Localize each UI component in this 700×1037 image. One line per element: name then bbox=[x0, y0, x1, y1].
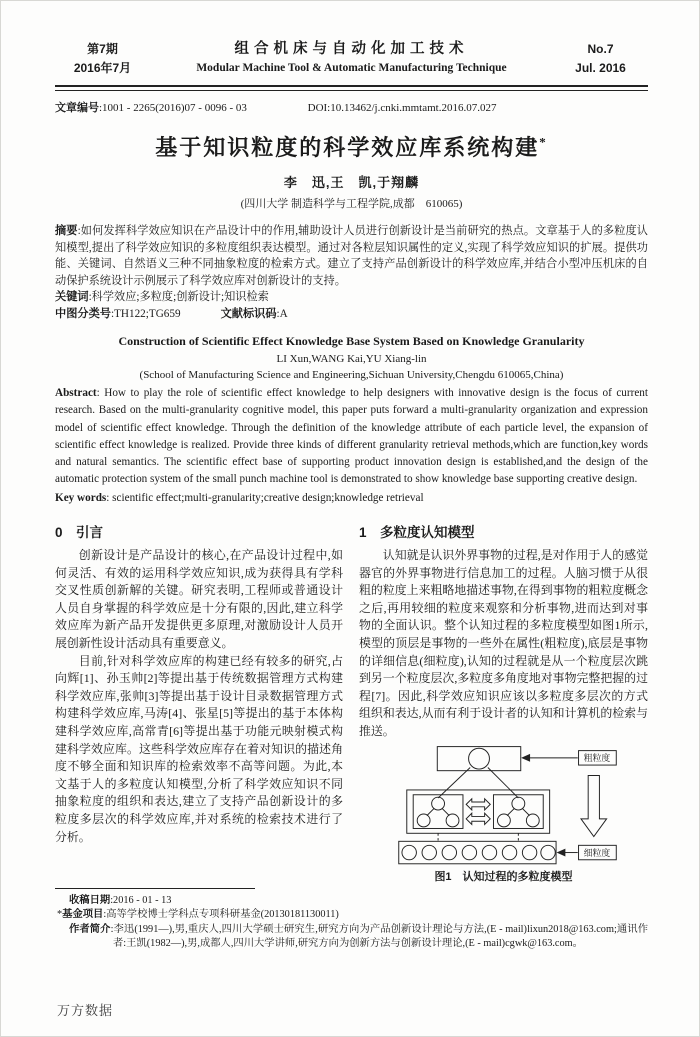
header-date-cn: 2016年7月 bbox=[55, 59, 150, 78]
footnote: 收稿日期:2016 - 01 - 13 *基金项目:高等学校博士学科点专项科研基… bbox=[55, 888, 648, 952]
fine-granularity-label: 细粒度 bbox=[584, 846, 611, 857]
header-left: 第7期 2016年7月 bbox=[55, 40, 150, 78]
header-issue-en: No.7 bbox=[553, 40, 648, 59]
authors: 李 迅,王 凯,于翔麟 bbox=[55, 172, 648, 191]
multi-granularity-diagram: 粗粒度 细粒度 bbox=[359, 745, 648, 867]
section-1-heading: 1 多粒度认知模型 bbox=[359, 521, 648, 541]
affiliation: (四川大学 制造科学与工程学院,成都 610065) bbox=[55, 195, 648, 211]
journal-header: 第7期 2016年7月 组合机床与自动化加工技术 Modular Machine… bbox=[55, 40, 648, 78]
doi: DOI:10.13462/j.cnki.mmtamt.2016.07.027 bbox=[308, 102, 497, 114]
figure-caption: 图1 认知过程的多粒度模型 bbox=[359, 868, 648, 884]
body-columns: 0 引言 创新设计是产品设计的核心,在产品设计过程中,如何灵活、有效的运用科学效… bbox=[55, 519, 648, 884]
footnote-bio: 作者简介:李迅(1991—),男,重庆人,四川大学硕士研究生,研究方向为产品创新… bbox=[55, 923, 648, 952]
abstract-label: 摘要 bbox=[55, 225, 78, 237]
header-right: No.7 Jul. 2016 bbox=[553, 40, 648, 78]
paper-page: 第7期 2016年7月 组合机床与自动化加工技术 Modular Machine… bbox=[0, 0, 700, 1037]
header-date-en: Jul. 2016 bbox=[553, 59, 648, 78]
journal-title-cn: 组合机床与自动化加工技术 bbox=[150, 40, 553, 59]
figure-1: 粗粒度 细粒度 图1 认知过程的多粒度模型 bbox=[359, 745, 648, 884]
double-rule bbox=[55, 85, 648, 91]
footnote-received: 收稿日期:2016 - 01 - 13 bbox=[55, 894, 648, 909]
middle-level-box bbox=[407, 790, 550, 833]
footnote-rule bbox=[55, 888, 255, 889]
cn-abstract: 摘要:如何发挥科学效应知识在产品设计中的作用,辅助设计人员进行创新设计是当前研究… bbox=[55, 223, 648, 289]
exchange-arrow-icon bbox=[466, 798, 490, 809]
exchange-arrow-icon bbox=[466, 813, 490, 824]
section-0-heading: 0 引言 bbox=[55, 521, 343, 541]
en-affiliation: (School of Manufacturing Science and Eng… bbox=[55, 367, 648, 383]
article-info-row: 文章编号:1001 - 2265(2016)07 - 0096 - 03 DOI… bbox=[55, 99, 648, 115]
en-abstract: Abstract: How to play the role of scient… bbox=[55, 385, 648, 489]
section-0-p1: 创新设计是产品设计的核心,在产品设计过程中,如何灵活、有效的运用科学效应知识,成… bbox=[55, 547, 343, 653]
section-0-p2: 目前,针对科学效应库的构建已经有较多的研究,占向辉[1]、孙玉帅[2]等提出基于… bbox=[55, 653, 343, 847]
title-asterisk: * bbox=[539, 135, 548, 150]
english-block: Construction of Scientific Effect Knowle… bbox=[55, 333, 648, 507]
coarse-granularity-label: 粗粒度 bbox=[584, 752, 611, 763]
left-column: 0 引言 创新设计是产品设计的核心,在产品设计过程中,如何灵活、有效的运用科学效… bbox=[55, 519, 343, 884]
down-arrow-icon bbox=[581, 775, 607, 836]
en-keywords: Key words: scientific effect;multi-granu… bbox=[55, 490, 648, 507]
header-issue-cn: 第7期 bbox=[55, 40, 150, 59]
clc-line: 中图分类号:TH122;TG659文献标识码:A bbox=[55, 306, 648, 323]
coarse-node bbox=[469, 748, 490, 769]
section-1-p1: 认知就是认识外界事物的过程,是对作用于人的感觉器官的外界事物进行信息加工的过程。… bbox=[359, 547, 648, 741]
keywords-line: 关键词:科学效应;多粒度;创新设计;知识检索 bbox=[55, 289, 648, 306]
right-column: 1 多粒度认知模型 认知就是认识外界事物的过程,是对作用于人的感觉器官的外界事物… bbox=[359, 519, 648, 884]
wanfang-watermark: 万方数据 bbox=[57, 1000, 113, 1019]
left-arrow-icon bbox=[558, 849, 565, 855]
journal-title-en: Modular Machine Tool & Automatic Manufac… bbox=[150, 59, 553, 78]
header-center: 组合机床与自动化加工技术 Modular Machine Tool & Auto… bbox=[150, 40, 553, 78]
en-title: Construction of Scientific Effect Knowle… bbox=[55, 333, 648, 349]
en-authors: LI Xun,WANG Kai,YU Xiang-lin bbox=[55, 351, 648, 367]
coarse-level-box bbox=[437, 746, 520, 770]
article-id: 文章编号:1001 - 2265(2016)07 - 0096 - 03 bbox=[55, 102, 247, 114]
footnote-fund: *基金项目:高等学校博士学科点专项科研基金(20130181130011) bbox=[55, 908, 648, 923]
abstract-text: :如何发挥科学效应知识在产品设计中的作用,辅助设计人员进行创新设计是当前研究的热… bbox=[55, 225, 648, 287]
paper-title: 基于知识粒度的科学效应库系统构建* bbox=[55, 131, 648, 162]
left-arrow-icon bbox=[522, 754, 529, 760]
